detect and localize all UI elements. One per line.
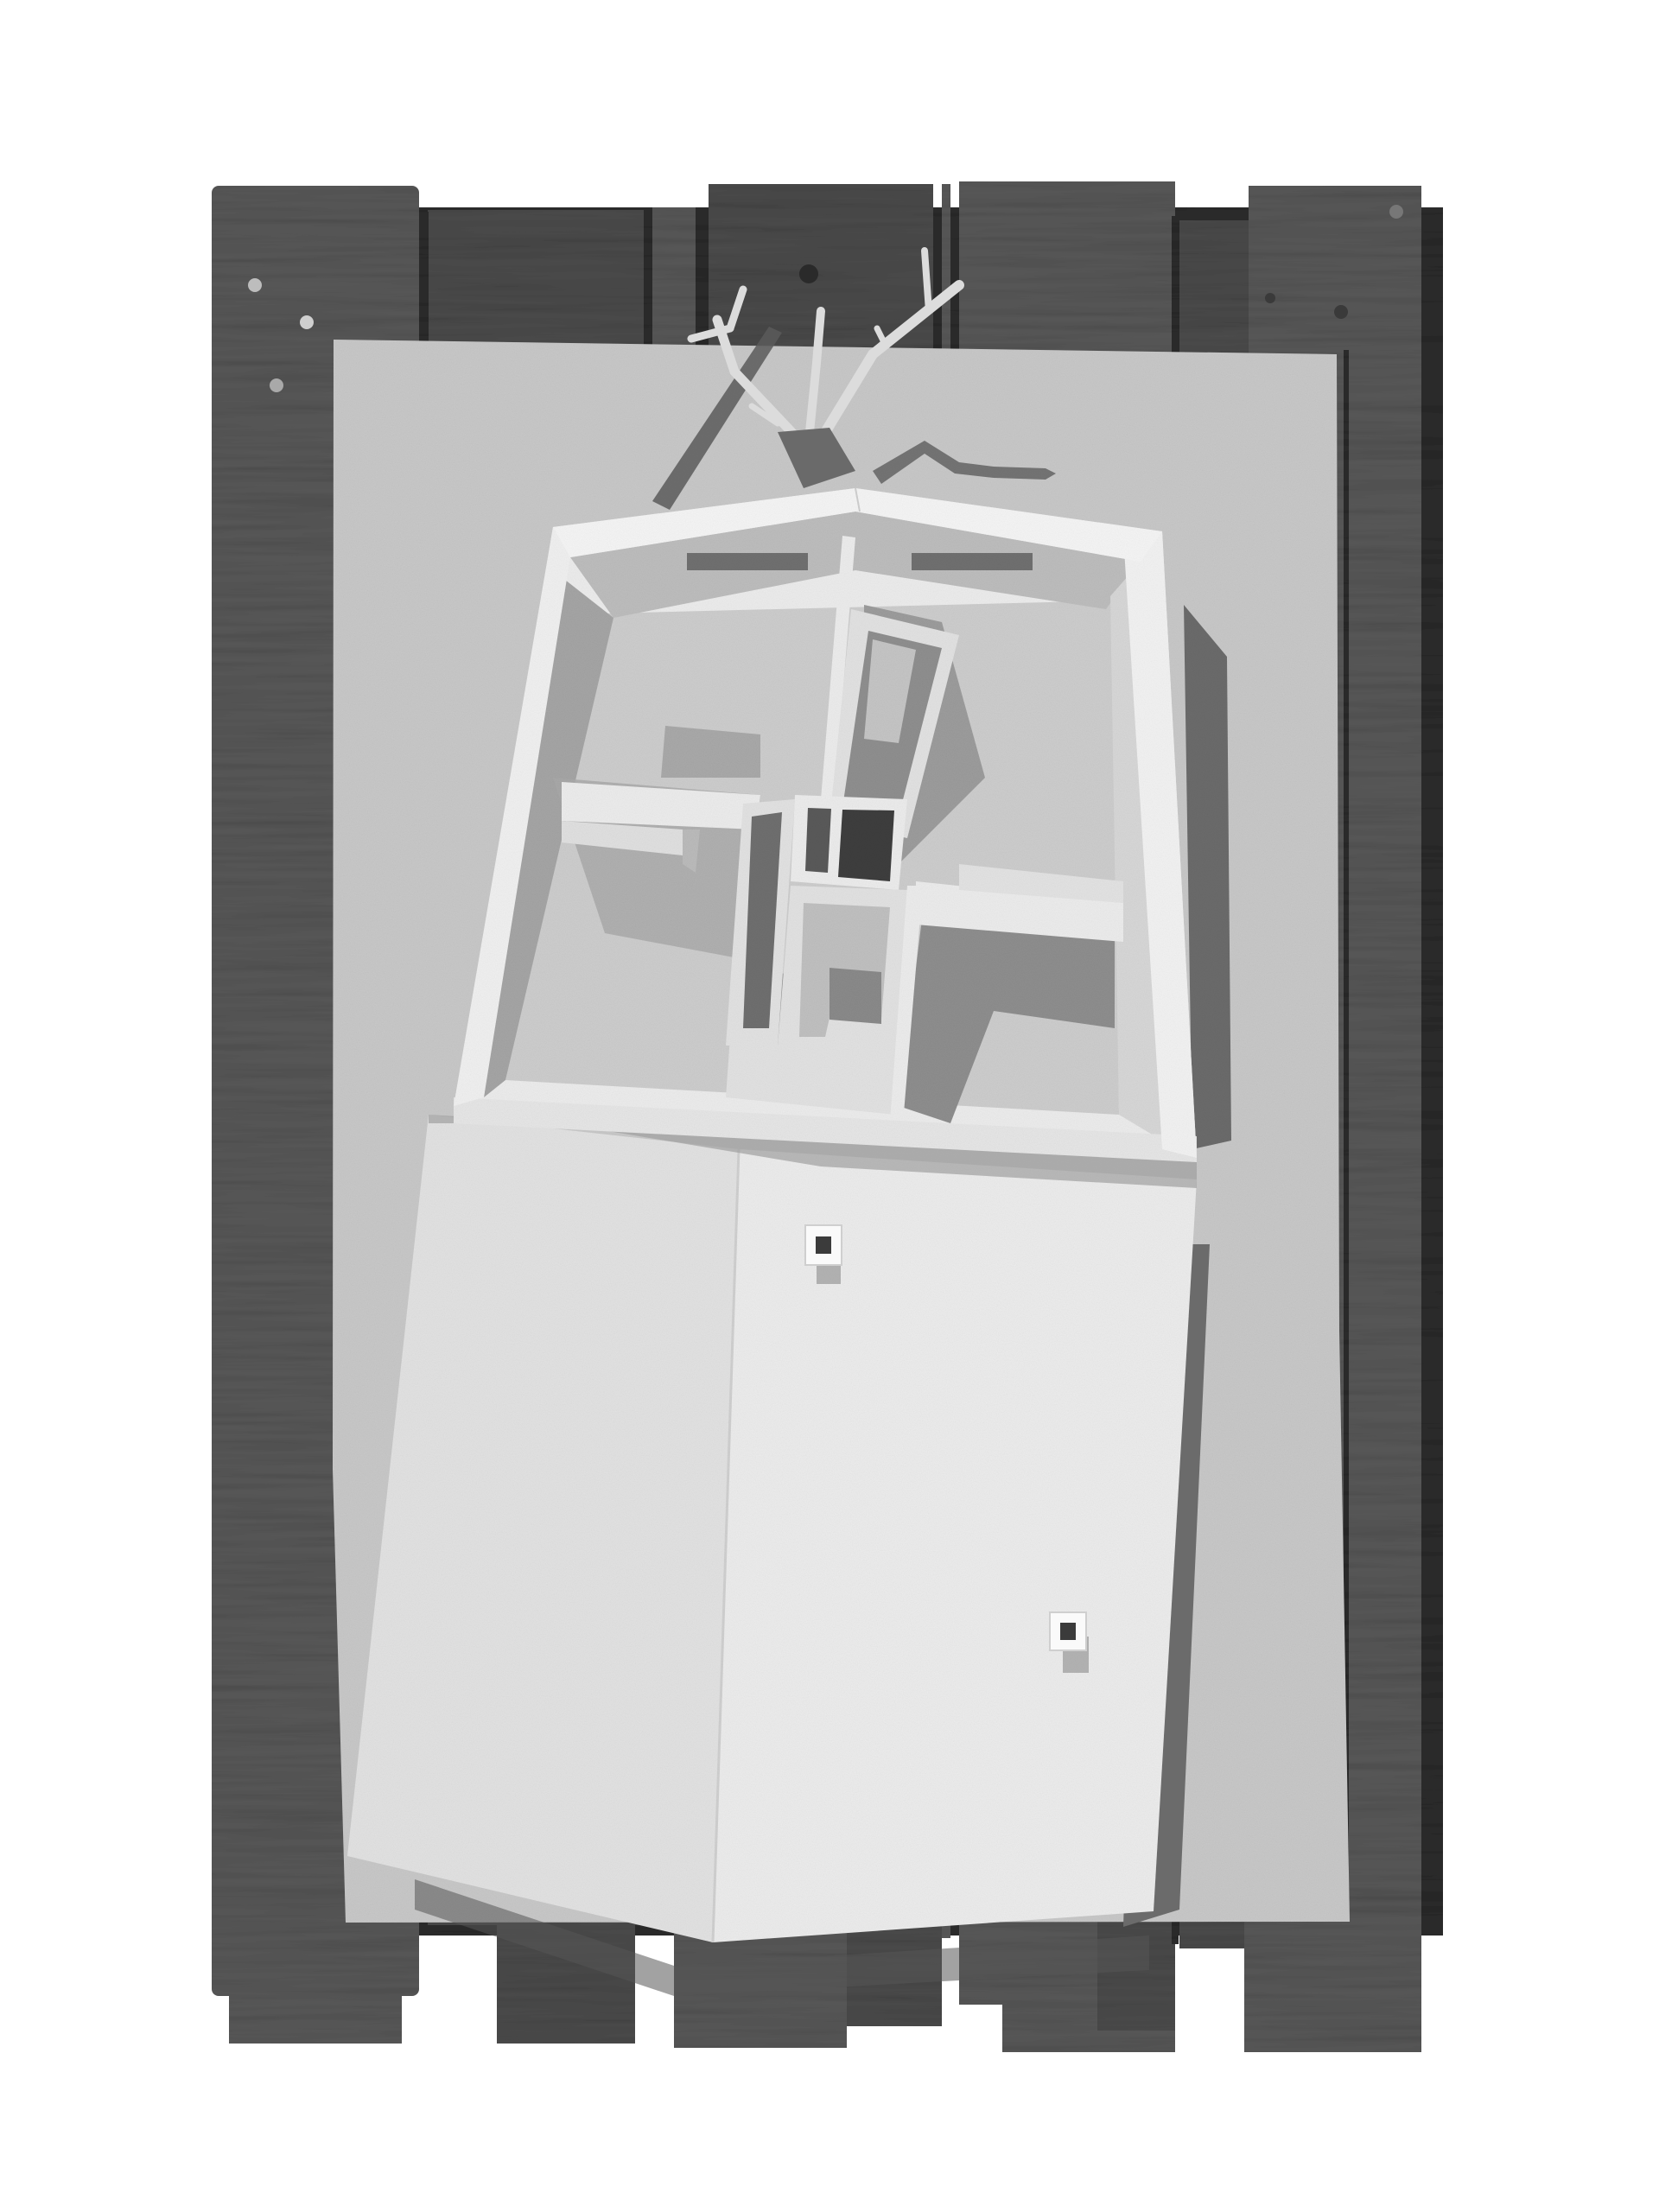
top-window-slot bbox=[687, 553, 808, 570]
lower-panel-right-face bbox=[713, 1149, 1197, 1942]
top-window-slot bbox=[912, 553, 1033, 570]
pallet-slat bbox=[1244, 1901, 1417, 2052]
room-model bbox=[454, 488, 1231, 1162]
photo-scene bbox=[0, 0, 1659, 2212]
lower-wall-panel bbox=[347, 1115, 1197, 1942]
